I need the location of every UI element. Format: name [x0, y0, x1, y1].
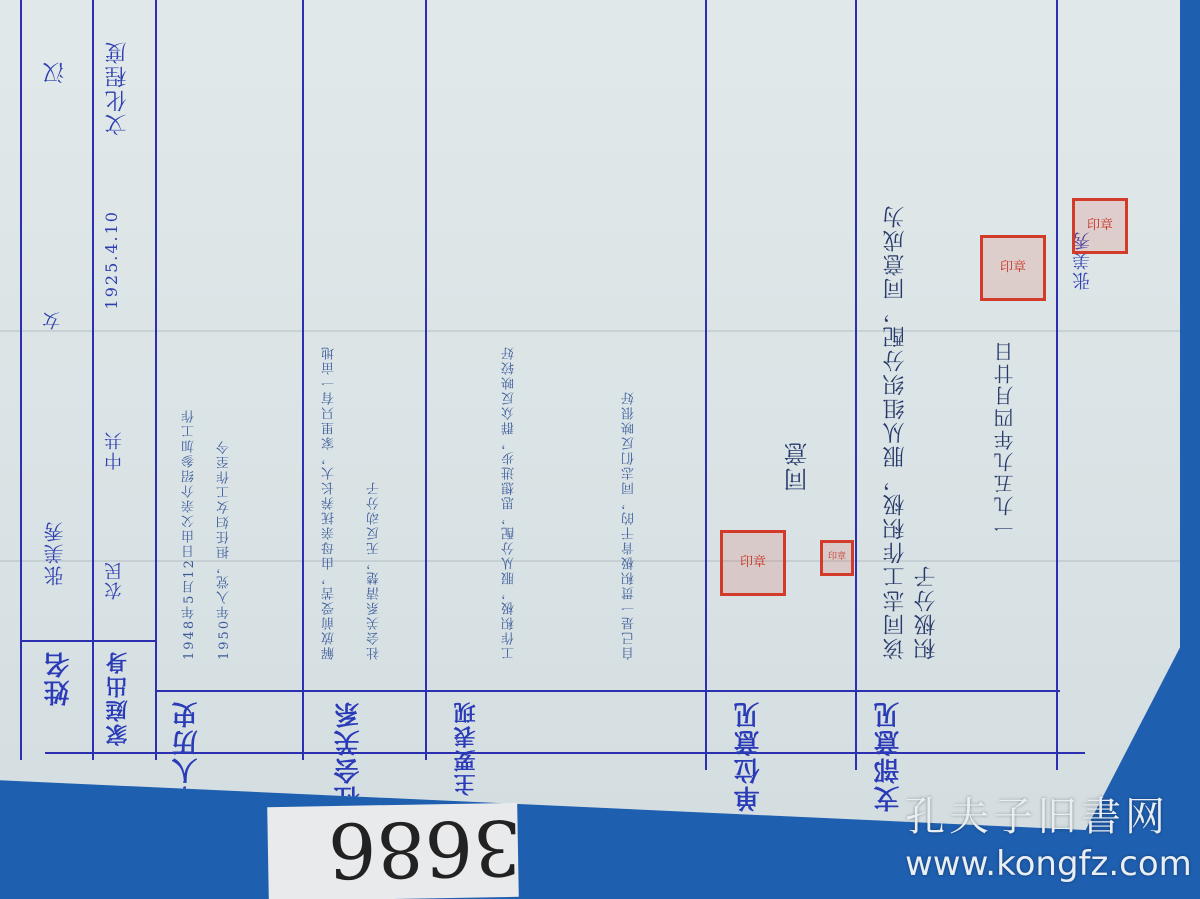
red-seal: 印章: [1072, 198, 1128, 254]
grid-line: [425, 0, 427, 760]
catalog-sticker: 3686: [267, 803, 519, 899]
grid-line: [155, 0, 157, 760]
grid-line: [302, 0, 304, 760]
gender-value: 女: [40, 310, 66, 330]
label-name: 姓名: [40, 650, 77, 706]
label-unit-opinion: 单位意见: [730, 700, 767, 812]
history-line: 1950年入党，担任妇女工作至今: [215, 100, 234, 660]
red-seal: 印章: [720, 530, 786, 596]
paper-fold: [0, 330, 1180, 332]
name-value: 张美秀: [40, 520, 69, 586]
label-personal-history: 本人历史: [168, 700, 205, 812]
grid-line: [92, 0, 94, 760]
birth-date-value: 1925.4.10: [102, 210, 121, 309]
label-main-performance: 主要表现: [450, 700, 481, 796]
watermark-name: 孔夫子旧書网: [905, 785, 1192, 842]
grid-line: [855, 0, 857, 770]
nationality-value: 汉: [40, 60, 71, 84]
grid-line: [20, 0, 22, 760]
grid-line: [155, 690, 1060, 692]
label-branch-opinion: 支部意见: [870, 700, 907, 812]
branch-opinion-text: 该同志工作积极，服从组织分配，同意成为积极分子: [880, 200, 942, 660]
grid-line: [20, 640, 155, 642]
red-seal: 印章: [980, 235, 1046, 301]
party-value: 中共: [102, 430, 128, 470]
education-label: 文化程度: [102, 40, 133, 136]
label-family-origin: 家庭出身: [102, 650, 133, 746]
sticker-number: 3686: [327, 803, 522, 895]
watermark-url: www.kongfz.com: [905, 844, 1192, 884]
red-seal: 印章: [820, 540, 854, 576]
date-text: 一九五九年四月廿日: [990, 340, 1019, 538]
document-paper: 姓名 家庭出身 本人历史 社会关系 主要表现 单位意见 支部意见 张美秀 农民 …: [0, 0, 1180, 830]
unit-opinion-text: 同意: [780, 440, 815, 492]
relations-line: 解放前受苦，由母亲抚养长大，家里只有一亩地: [320, 60, 339, 660]
grid-line: [1056, 0, 1058, 770]
performance-line: 工作积极，服从分配，思想进步，群众反映较好: [500, 60, 519, 660]
label-social-relations: 社会关系: [330, 700, 367, 812]
watermark: 孔夫子旧書网 www.kongfz.com: [905, 785, 1192, 884]
performance-line: 自己是一贯积极肯干的，同志们反映很好: [620, 60, 639, 660]
grid-line: [705, 0, 707, 770]
history-line: 1948年5月12日由父亲介绍参加工作: [180, 100, 199, 660]
paper-fold: [0, 560, 1180, 562]
relations-line: 社会关系清楚，无反动分子: [365, 60, 384, 660]
family-value: 农民: [102, 560, 128, 600]
